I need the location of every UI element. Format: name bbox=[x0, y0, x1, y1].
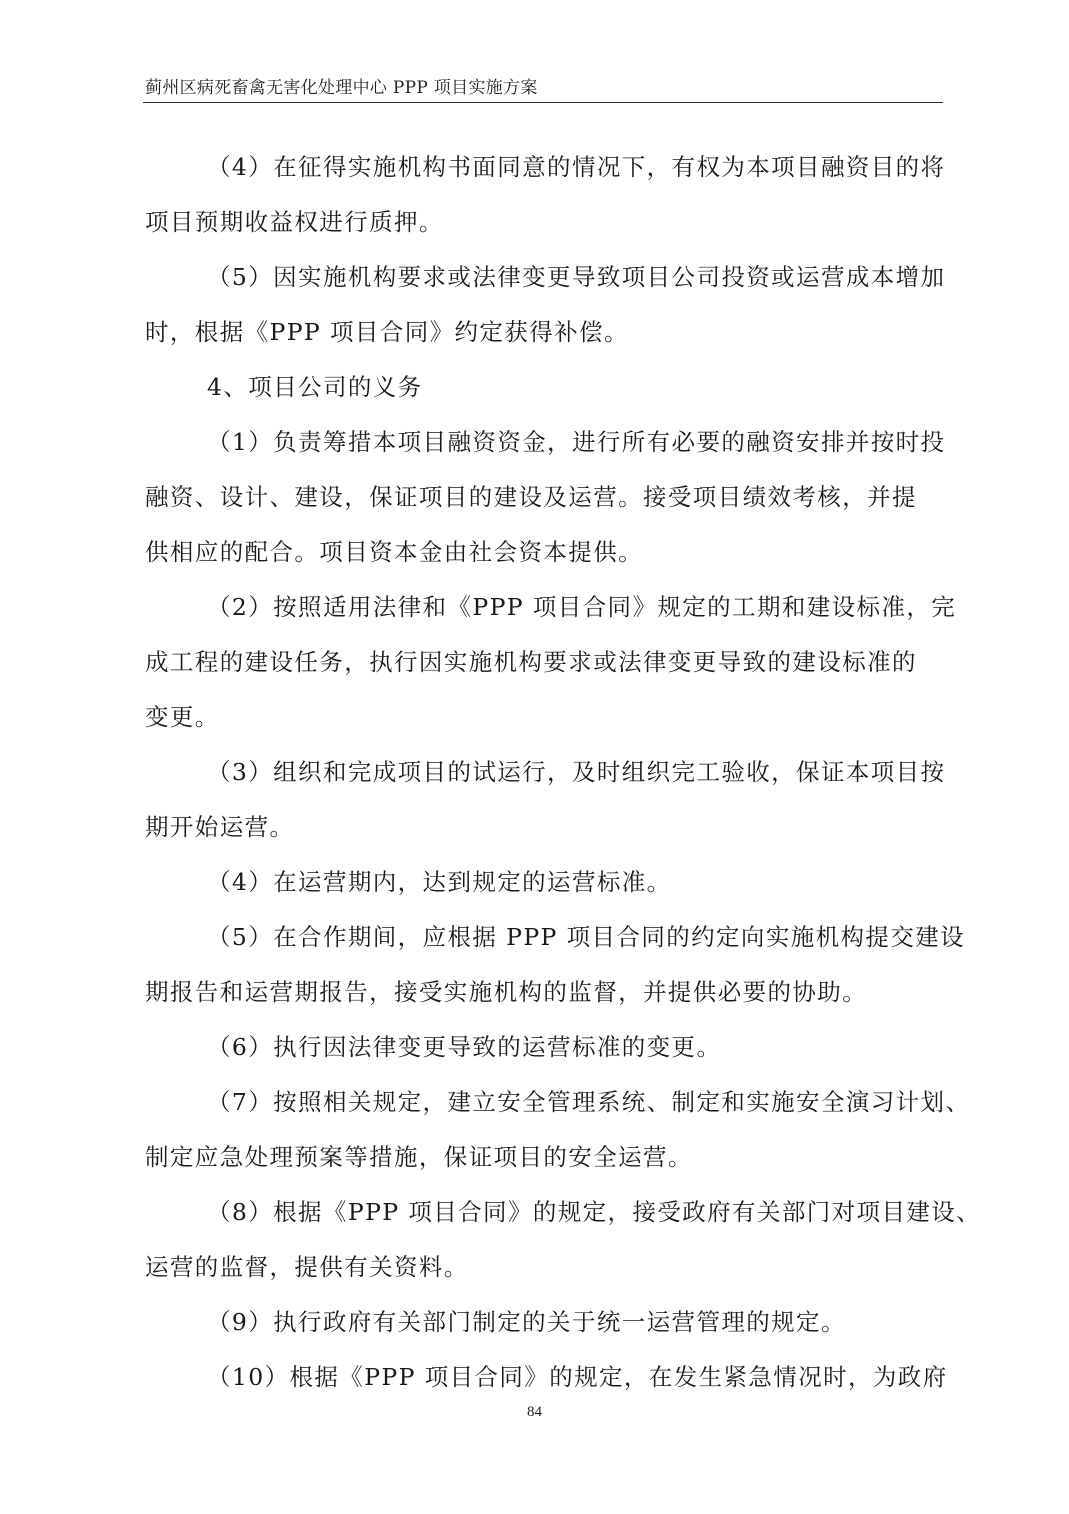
paragraph-line: 成工程的建设任务，执行因实施机构要求或法律变更导致的建设标准的 bbox=[145, 635, 945, 690]
paragraph-line: 项目预期收益权进行质押。 bbox=[145, 195, 945, 250]
paragraph-line: 运营的监督，提供有关资料。 bbox=[145, 1240, 945, 1295]
paragraph-line: 融资、设计、建设，保证项目的建设及运营。接受项目绩效考核，并提 bbox=[145, 470, 945, 525]
paragraph-line: 供相应的配合。项目资本金由社会资本提供。 bbox=[145, 525, 945, 580]
paragraph-line: （3）组织和完成项目的试运行，及时组织完工验收，保证本项目按 bbox=[145, 745, 945, 800]
document-body: （4）在征得实施机构书面同意的情况下，有权为本项目融资目的将 项目预期收益权进行… bbox=[145, 140, 945, 1405]
paragraph-line: （5）因实施机构要求或法律变更导致项目公司投资或运营成本增加 bbox=[145, 250, 945, 305]
page-number: 84 bbox=[0, 1404, 1069, 1421]
paragraph-line: （1）负责筹措本项目融资资金，进行所有必要的融资安排并按时投 bbox=[145, 415, 945, 470]
paragraph-line: 变更。 bbox=[145, 690, 945, 745]
document-title: 蓟州区病死畜禽无害化处理中心 PPP 项目实施方案 bbox=[145, 78, 538, 98]
paragraph-line: （8）根据《PPP 项目合同》的规定，接受政府有关部门对项目建设、 bbox=[145, 1185, 945, 1240]
paragraph-line: （4）在运营期内，达到规定的运营标准。 bbox=[145, 855, 945, 910]
paragraph-line: （4）在征得实施机构书面同意的情况下，有权为本项目融资目的将 bbox=[145, 140, 945, 195]
paragraph-line: 时，根据《PPP 项目合同》约定获得补偿。 bbox=[145, 305, 945, 360]
paragraph-line: （2）按照适用法律和《PPP 项目合同》规定的工期和建设标准，完 bbox=[145, 580, 945, 635]
page-header: 蓟州区病死畜禽无害化处理中心 PPP 项目实施方案 bbox=[143, 76, 943, 103]
section-heading: 4、项目公司的义务 bbox=[145, 360, 945, 415]
paragraph-line: （9）执行政府有关部门制定的关于统一运营管理的规定。 bbox=[145, 1295, 945, 1350]
paragraph-line: （10）根据《PPP 项目合同》的规定，在发生紧急情况时，为政府 bbox=[145, 1350, 945, 1405]
paragraph-line: 期开始运营。 bbox=[145, 800, 945, 855]
paragraph-line: （7）按照相关规定，建立安全管理系统、制定和实施安全演习计划、 bbox=[145, 1075, 945, 1130]
paragraph-line: （5）在合作期间，应根据 PPP 项目合同的约定向实施机构提交建设 bbox=[145, 910, 945, 965]
paragraph-line: 期报告和运营期报告，接受实施机构的监督，并提供必要的协助。 bbox=[145, 965, 945, 1020]
paragraph-line: 制定应急处理预案等措施，保证项目的安全运营。 bbox=[145, 1130, 945, 1185]
paragraph-line: （6）执行因法律变更导致的运营标准的变更。 bbox=[145, 1020, 945, 1075]
